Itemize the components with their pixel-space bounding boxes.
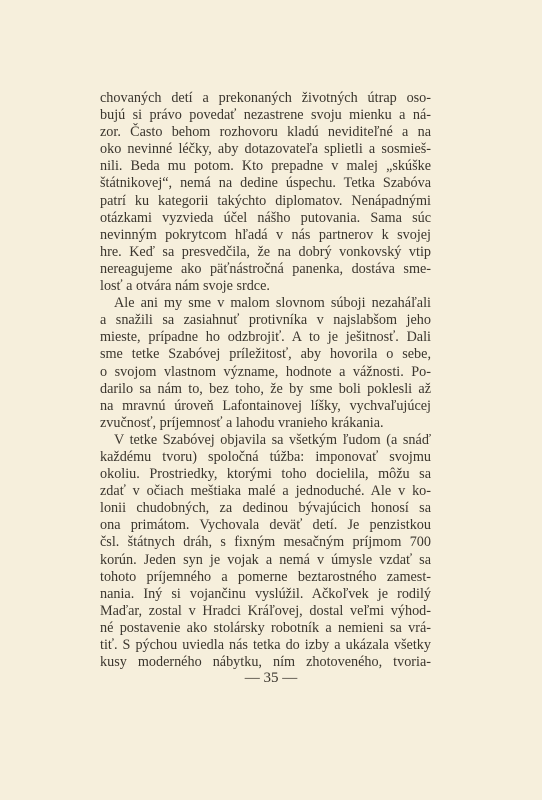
book-page: chovaných detí a prekonaných životných ú…: [0, 0, 542, 800]
paragraph-start-line: V tetke Szabóvej objavila sa všetkým ľud…: [100, 432, 431, 449]
text-line: darilo sa nám to, bez toho, že by sme bo…: [100, 381, 431, 398]
text-line: zor. Často behom rozhovoru kladú nevidit…: [100, 124, 431, 141]
text-line: štátnikovej“, nemá na dedine úspechu. Te…: [100, 175, 431, 192]
text-line: ona primátom. Vychovala deväť detí. Je p…: [100, 517, 431, 534]
text-line: na mravnú úroveň Lafontainovej líšky, vy…: [100, 398, 431, 415]
text-line: zdať v očiach meštiaka malé a jednoduché…: [100, 483, 431, 500]
text-line: okoliu. Prostriedky, ktorými toho dociel…: [100, 466, 431, 483]
text-line: oko nevinné léčky, aby dotazovateľa spli…: [100, 141, 431, 158]
text-line: otázkami vyzvieda účel nášho putovania. …: [100, 210, 431, 227]
text-line: tohoto príjemného a pomerne beztarostnéh…: [100, 569, 431, 586]
text-line: nili. Beda mu potom. Kto prepadne v male…: [100, 158, 431, 175]
page-number: — 35 —: [0, 670, 542, 687]
text-line: korún. Jeden syn je vojak a nemá v úmysl…: [100, 552, 431, 569]
text-line: sme tetke Szabóvej príležitosť, aby hovo…: [100, 346, 431, 363]
text-line: nereagujeme ako päťnástročná panenka, do…: [100, 261, 431, 278]
text-line: čsl. štátnych dráh, s fixným mesačným pr…: [100, 534, 431, 551]
text-line: nania. Iný si vojančinu vyslúžil. Ačkoľv…: [100, 586, 431, 603]
text-line: nevinným pokrytcom hľadá v nás partnerov…: [100, 227, 431, 244]
text-line: bujú si právo povedať nezastrene svoju m…: [100, 107, 431, 124]
text-line: mieste, prípadne ho odzbrojiť. A to je j…: [100, 329, 431, 346]
text-line: a snažili sa zasiahnuť protivníka v najs…: [100, 312, 431, 329]
text-line: losť a otvára nám svoje srdce.: [100, 278, 431, 295]
text-line: kusy moderného nábytku, ním zhotoveného,…: [100, 654, 431, 671]
text-line: Maďar, zostal v Hradci Kráľovej, dostal …: [100, 603, 431, 620]
text-line: o svojom vlastnom význame, hodnote a váž…: [100, 364, 431, 381]
paragraph-start-line: Ale ani my sme v malom slovnom súboji ne…: [100, 295, 431, 312]
body-text: chovaných detí a prekonaných životných ú…: [100, 90, 431, 671]
text-line: zvučnosť, príjemnosť a lahodu vranieho k…: [100, 415, 431, 432]
text-line: lonii chudobných, za dedinou bývajúcich …: [100, 500, 431, 517]
text-line: tiť. S pýchou uviedla nás tetka do izby …: [100, 637, 431, 654]
text-line: chovaných detí a prekonaných životných ú…: [100, 90, 431, 107]
text-line: patrí ku kategorii takýchto diplomatov. …: [100, 193, 431, 210]
text-line: né postavenie ako stolársky robotník a n…: [100, 620, 431, 637]
text-line: hre. Keď sa presvedčila, že na dobrý von…: [100, 244, 431, 261]
text-line: každému tvoru) spoločná túžba: imponovať…: [100, 449, 431, 466]
